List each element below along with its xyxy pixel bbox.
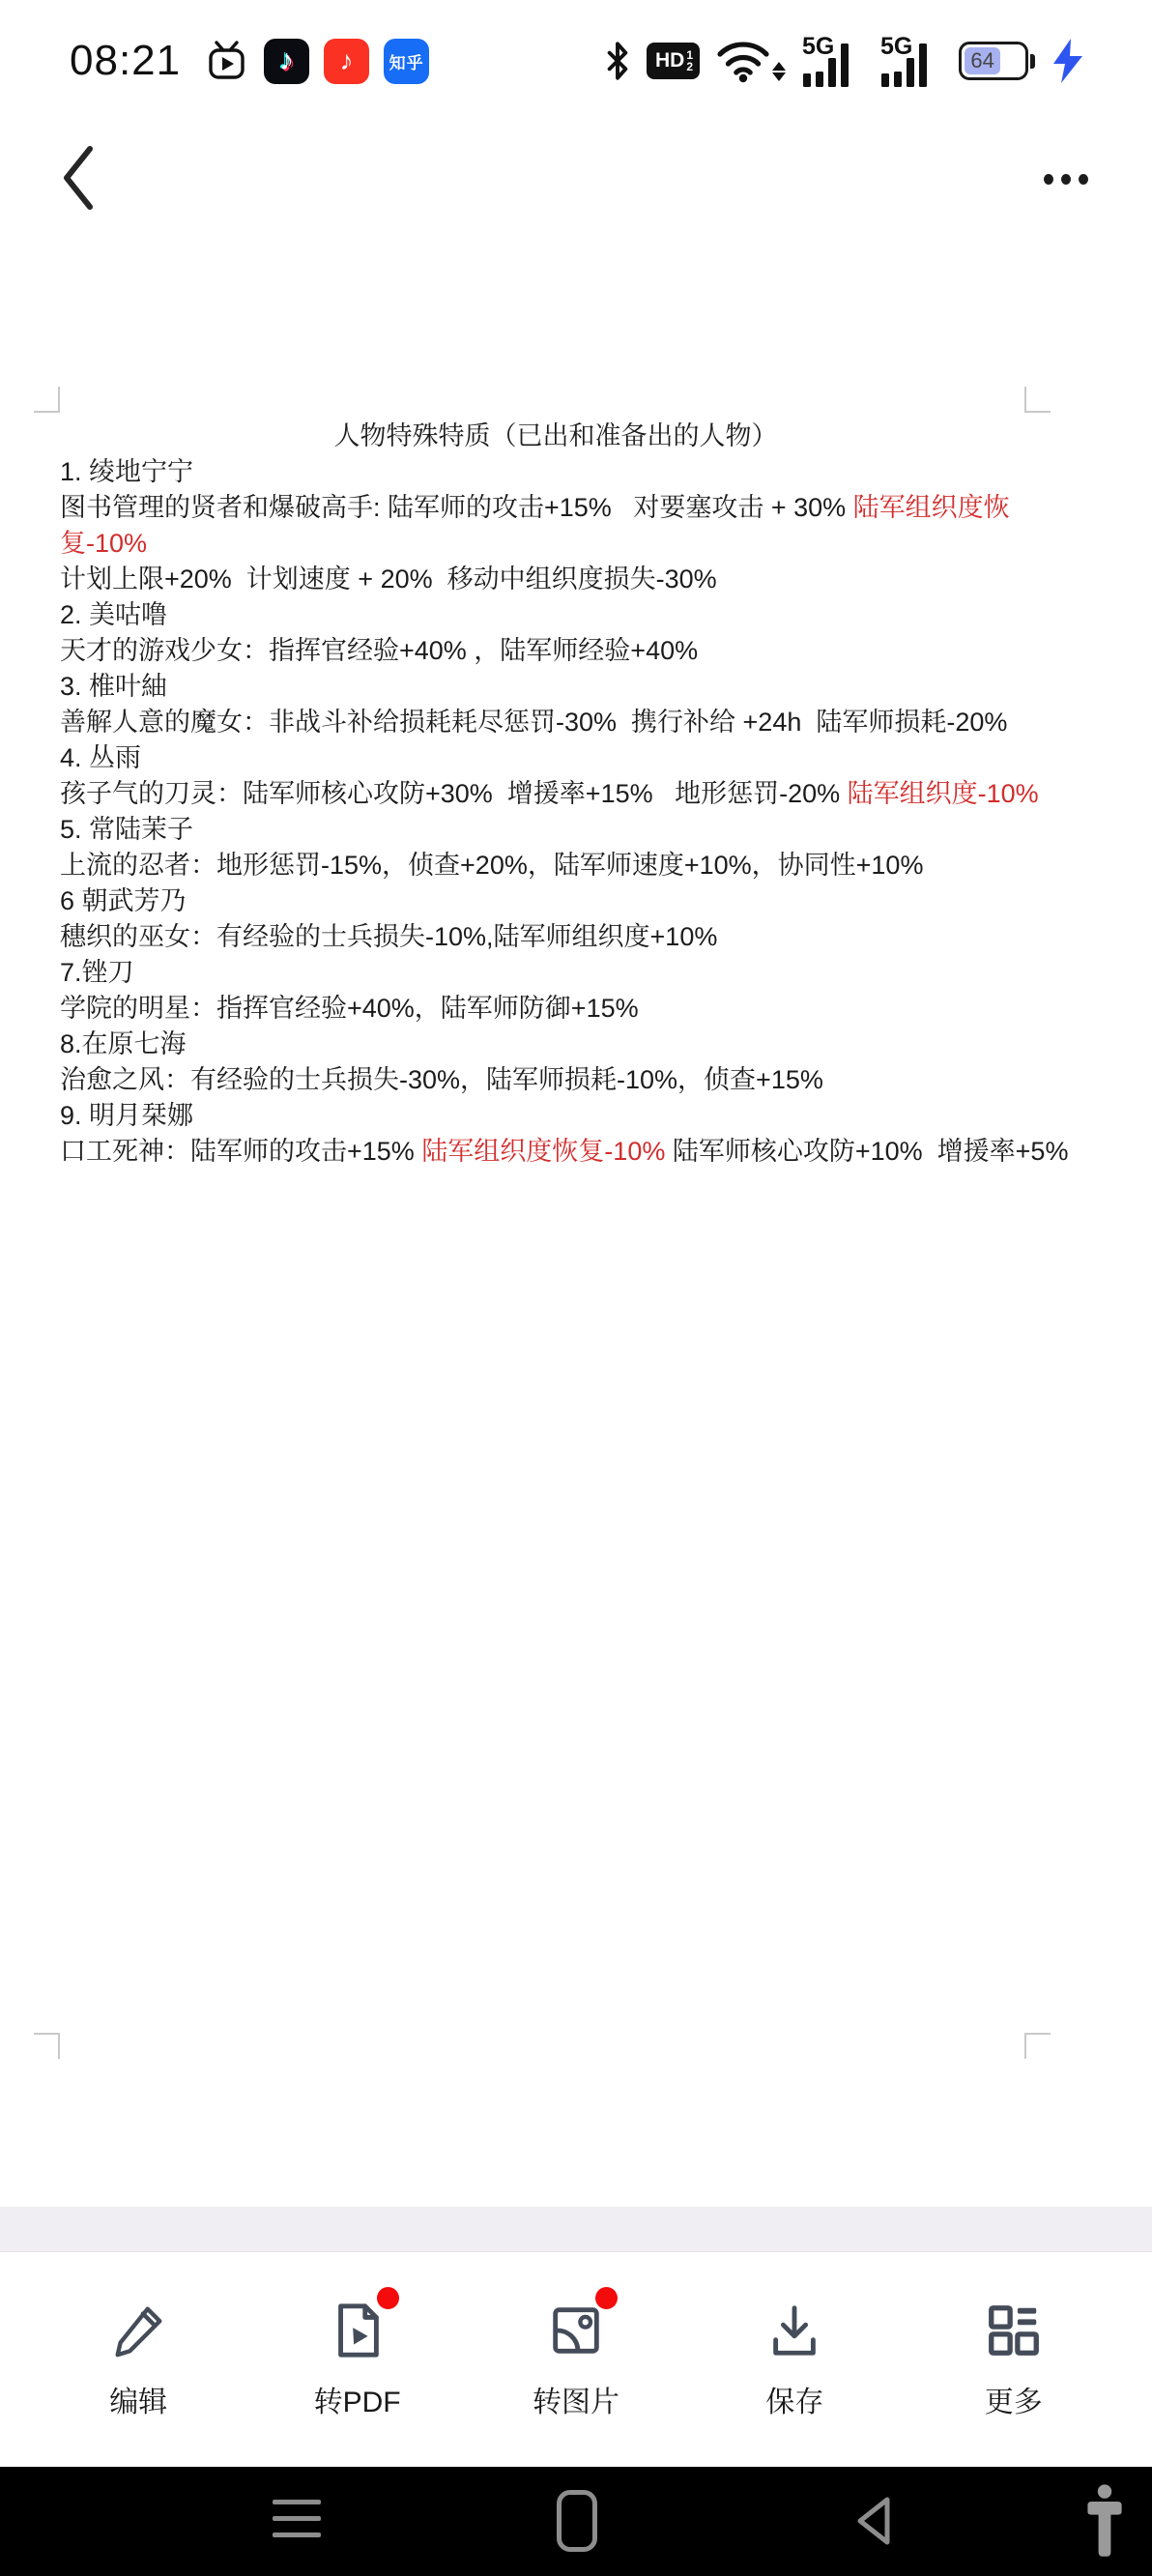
image-icon	[546, 2301, 606, 2360]
wifi-icon	[716, 39, 786, 83]
edit-button[interactable]: 编辑	[66, 2299, 211, 2420]
hd-label: HD	[655, 49, 684, 72]
doc-line: 8.在原七海	[60, 1027, 1086, 1062]
highlighted-stat-text: 陆军组织度-10%	[848, 779, 1039, 808]
stat-text: 9. 明月栞娜	[60, 1101, 193, 1130]
more-grid-icon	[984, 2301, 1044, 2360]
music-app-icon: ♪	[324, 39, 369, 84]
document-title: 人物特殊特质（已出和准备出的人物）	[60, 419, 1051, 454]
notification-badge	[377, 2287, 399, 2309]
more-button[interactable]: 更多	[941, 2299, 1086, 2420]
android-navigation-bar	[0, 2467, 1152, 2576]
pdf-file-icon	[328, 2301, 388, 2360]
stat-text: 图书管理的贤者和爆破高手: 陆军师的攻击+15% 对要塞攻击 + 30%	[60, 493, 853, 522]
zhihu-app-icon: 知乎	[384, 39, 429, 84]
stat-text: 8.在原七海	[60, 1029, 187, 1058]
stat-text: 穗织的巫女：有经验的士兵损失-10%,陆军师组织度+10%	[60, 922, 717, 951]
toolbar-label: 转PDF	[314, 2378, 401, 2420]
top-nav-bar	[0, 108, 1152, 248]
doc-line: 图书管理的贤者和爆破高手: 陆军师的攻击+15% 对要塞攻击 + 30% 陆军组…	[60, 490, 1086, 562]
document-page[interactable]: 人物特殊特质（已出和准备出的人物） 1. 绫地宁宁图书管理的贤者和爆破高手: 陆…	[0, 248, 1152, 2207]
battery-icon: 64	[959, 42, 1035, 80]
stat-text: 2. 美咕噜	[60, 600, 167, 629]
stat-text: 3. 椎叶紬	[60, 672, 167, 701]
status-bar: 08:21 ♪ ♪ 知乎 HD 1	[0, 0, 1152, 108]
page-margin-mark-top-left	[34, 387, 60, 413]
wifi-traffic-arrows	[772, 62, 786, 81]
overflow-menu-button[interactable]	[1044, 164, 1088, 193]
save-button[interactable]: 保存	[722, 2299, 867, 2420]
doc-line: 穗织的巫女：有经验的士兵损失-10%,陆军师组织度+10%	[60, 919, 1086, 955]
download-icon	[764, 2301, 824, 2360]
stat-text: 7.锉刀	[60, 958, 134, 987]
doc-line: 计划上限+20% 计划速度 + 20% 移动中组织度损失-30%	[60, 562, 1086, 597]
doc-line: 上流的忍者：地形惩罚-15%，侦查+20%，陆军师速度+10%，协同性+10%	[60, 848, 1086, 883]
douyin-note-glyph: ♪	[279, 44, 294, 77]
convert-to-pdf-button[interactable]: 转PDF	[285, 2299, 430, 2420]
notification-badge	[595, 2287, 618, 2309]
pencil-icon	[108, 2301, 168, 2360]
clock: 08:21	[70, 37, 181, 85]
toolbar-label: 编辑	[109, 2378, 167, 2420]
doc-line: 5. 常陆茉子	[60, 812, 1086, 848]
music-note-glyph: ♪	[340, 45, 354, 76]
accessibility-person-icon	[1084, 2482, 1125, 2560]
doc-line: 4. 丛雨	[60, 740, 1086, 776]
stat-text: 5. 常陆茉子	[60, 815, 193, 844]
hd-sim2: 2	[686, 61, 693, 72]
signal-5g-sim2-icon: 5G	[880, 35, 942, 87]
page-margin-mark-bottom-left	[34, 2033, 60, 2059]
stat-text: 学院的明星：指挥官经验+40%，陆军师防御+15%	[60, 994, 639, 1023]
doc-line: 学院的明星：指挥官经验+40%，陆军师防御+15%	[60, 991, 1086, 1027]
notification-app-icons: ♪ ♪ 知乎	[204, 39, 429, 84]
stat-text: 4. 丛雨	[60, 743, 141, 772]
stat-text: 善解人意的魔女：非战斗补给损耗耗尽惩罚-30% 携行补给 +24h 陆军师损耗-…	[60, 708, 1007, 737]
toolbar-label: 更多	[985, 2378, 1043, 2420]
stat-text: 天才的游戏少女：指挥官经验+40% ，陆军师经验+40%	[60, 636, 698, 665]
doc-line: 9. 明月栞娜	[60, 1098, 1086, 1134]
dot-icon	[1079, 174, 1088, 185]
stat-text: 孩子气的刀灵：陆军师核心攻防+30% 增援率+15% 地形惩罚-20%	[60, 779, 848, 808]
back-chevron-icon	[55, 143, 100, 213]
doc-line: 7.锉刀	[60, 955, 1086, 991]
page-bottom-gutter	[0, 2207, 1152, 2252]
accessibility-button[interactable]	[1084, 2482, 1125, 2564]
doc-line: 口工死神：陆军师的攻击+15% 陆军组织度恢复-10% 陆军师核心攻防+10% …	[60, 1134, 1086, 1170]
stat-text: 治愈之风：有经验的士兵损失-30%，陆军师损耗-10%，侦查+15%	[60, 1065, 823, 1094]
doc-line: 善解人意的魔女：非战斗补给损耗耗尽惩罚-30% 携行补给 +24h 陆军师损耗-…	[60, 705, 1086, 740]
battery-level: 64	[965, 47, 1000, 74]
stat-text: 1. 绫地宁宁	[60, 457, 193, 486]
page-margin-mark-top-right	[1024, 387, 1051, 413]
highlighted-stat-text: 陆军组织度恢复-10%	[421, 1137, 665, 1166]
doc-line: 天才的游戏少女：指挥官经验+40% ，陆军师经验+40%	[60, 633, 1086, 669]
stat-text: 陆军师核心攻防+10% 增援率+5%	[665, 1137, 1068, 1166]
back-triangle-icon	[852, 2494, 895, 2548]
signal-5g-label: 5G	[880, 33, 912, 61]
back-button[interactable]	[50, 141, 104, 215]
signal-5g-sim1-icon: 5G	[802, 35, 864, 87]
doc-line: 1. 绫地宁宁	[60, 454, 1086, 490]
stat-text: 计划上限+20% 计划速度 + 20% 移动中组织度损失-30%	[60, 564, 717, 593]
volte-hd-icon: HD 1 2	[647, 43, 700, 79]
doc-line: 治愈之风：有经验的士兵损失-30%，陆军师损耗-10%，侦查+15%	[60, 1062, 1086, 1098]
doc-lines: 1. 绫地宁宁图书管理的贤者和爆破高手: 陆军师的攻击+15% 对要塞攻击 + …	[60, 454, 1086, 1170]
doc-line: 孩子气的刀灵：陆军师核心攻防+30% 增援率+15% 地形惩罚-20% 陆军组织…	[60, 776, 1086, 812]
doc-line: 6 朝武芳乃	[60, 883, 1086, 919]
convert-to-image-button[interactable]: 转图片	[504, 2299, 648, 2420]
recents-menu-button[interactable]	[273, 2500, 321, 2537]
bilibili-tv-icon	[204, 39, 249, 84]
bottom-toolbar: 编辑 转PDF 转图片	[0, 2252, 1152, 2467]
signal-5g-label: 5G	[802, 33, 834, 61]
document-body: 人物特殊特质（已出和准备出的人物） 1. 绫地宁宁图书管理的贤者和爆破高手: 陆…	[60, 419, 1086, 1170]
home-button[interactable]	[557, 2490, 597, 2552]
doc-line: 2. 美咕噜	[60, 597, 1086, 633]
dot-icon	[1044, 174, 1053, 185]
stat-text: 6 朝武芳乃	[60, 886, 187, 915]
doc-line: 3. 椎叶紬	[60, 669, 1086, 705]
toolbar-label: 保存	[765, 2378, 823, 2420]
page-margin-mark-bottom-right	[1024, 2033, 1051, 2059]
toolbar-label: 转图片	[533, 2378, 619, 2420]
zhihu-label: 知乎	[389, 49, 424, 73]
stat-text: 上流的忍者：地形惩罚-15%，侦查+20%，陆军师速度+10%，协同性+10%	[60, 851, 923, 880]
nav-back-button[interactable]	[852, 2494, 895, 2553]
stat-text: 口工死神：陆军师的攻击+15%	[60, 1137, 421, 1166]
bluetooth-icon	[605, 41, 630, 81]
dot-icon	[1061, 174, 1071, 185]
douyin-app-icon: ♪	[264, 39, 309, 84]
charging-bolt-icon	[1051, 39, 1084, 83]
